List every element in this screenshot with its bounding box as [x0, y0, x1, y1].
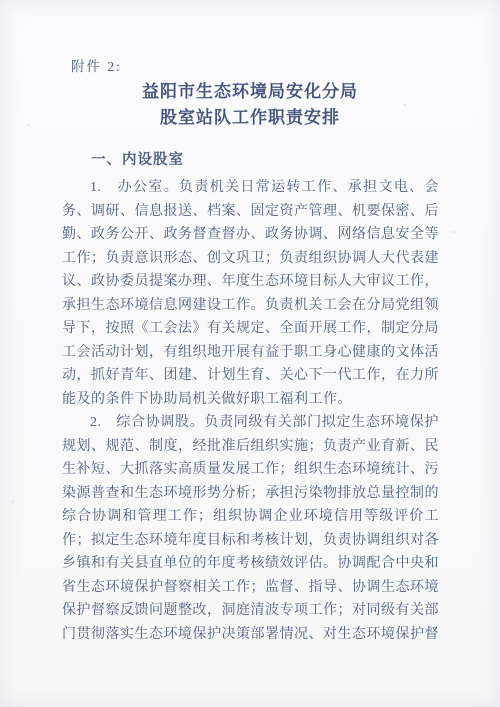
document-title: 益阳市生态环境局安化分局 股室站队工作职责安排: [0, 79, 500, 131]
document-body: 一、内设股室 1. 办公室。负责机关日常运转工作、承担文电、会务、调研、信息报送…: [62, 148, 439, 646]
scanned-document-page: 附件 2: 益阳市生态环境局安化分局 股室站队工作职责安排 一、内设股室 1. …: [0, 0, 500, 707]
scan-speck: [12, 500, 14, 503]
scan-speck: [403, 104, 406, 106]
scan-speck: [28, 124, 30, 126]
paragraph-office-duties: 1. 办公室。负责机关日常运转工作、承担文电、会务、调研、信息报送、档案、固定资…: [62, 176, 439, 411]
document-title-line2: 股室站队工作职责安排: [0, 105, 500, 131]
section-heading: 一、内设股室: [62, 148, 439, 172]
attachment-label: 附件 2:: [71, 55, 122, 75]
paragraph-coordination-duties: 2. 综合协调股。负责同级有关部门拟定生态环境保护规划、规范、制度，经批准后组织…: [62, 411, 439, 646]
document-title-line1: 益阳市生态环境局安化分局: [0, 79, 500, 105]
scan-speck: [452, 231, 455, 233]
